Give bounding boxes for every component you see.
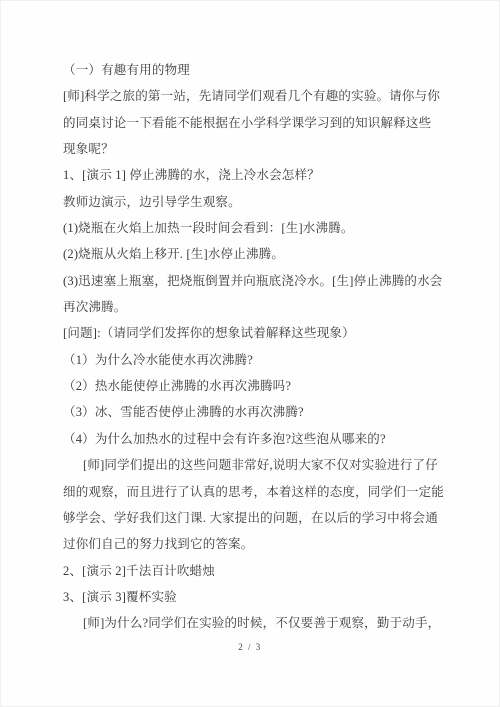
- text-line: 教师边演示，边引导学生观察。: [63, 189, 431, 215]
- page-number: 2 / 3: [1, 642, 499, 652]
- text-line: [问题]:（请同学们发挥你的想象试着解释这些现象）: [63, 320, 431, 346]
- text-line: [师]科学之旅的第一站，先请同学们观看几个有趣的实验。请你与你: [63, 83, 431, 109]
- text-line: 现象呢？: [63, 136, 431, 162]
- text-line: （一）有趣有用的物理: [63, 57, 431, 83]
- text-line: 够学会、学好我们这门课. 大家提出的问题，在以后的学习中将会通: [63, 505, 431, 531]
- text-line: 过你们自己的努力找到它的答案。: [63, 531, 431, 557]
- text-line: 2、[演示 2]千法百计吹蜡烛: [63, 558, 431, 584]
- text-line: 细的观察，而且进行了认真的思考，本着这样的态度，同学们一定能: [63, 479, 431, 505]
- text-line: (3)迅速塞上瓶塞，把烧瓶倒置并向瓶底浇冷水。[生]停止沸腾的水会: [63, 268, 431, 294]
- text-line: [师]同学们提出的这些问题非常好,说明大家不仅对实验进行了仔: [63, 452, 431, 478]
- text-line: (1)烧瓶在火焰上加热一段时间会看到：[生]水沸腾。: [63, 215, 431, 241]
- text-line: [师]为什么?同学们在实验的时候，不仅要善于观察，勤于动手，: [63, 610, 431, 636]
- text-line: 1、[演示 1] 停止沸腾的水，浇上冷水会怎样？: [63, 162, 431, 188]
- text-line: 3、[演示 3]覆杯实验: [63, 584, 431, 610]
- text-line: （1）为什么冷水能使水再次沸腾?: [63, 347, 431, 373]
- text-line: （4）为什么加热水的过程中会有许多泡?这些泡从哪来的?: [63, 426, 431, 452]
- text-line: 的同桌讨论一下看能不能根据在小学科学课学习到的知识解释这些: [63, 110, 431, 136]
- text-line: (2)烧瓶从火焰上移开. [生]水停止沸腾。: [63, 241, 431, 267]
- text-line: （2）热水能使停止沸腾的水再次沸腾吗?: [63, 373, 431, 399]
- text-line: （3）冰、雪能否使停止沸腾的水再次沸腾?: [63, 399, 431, 425]
- document-page: （一）有趣有用的物理[师]科学之旅的第一站，先请同学们观看几个有趣的实验。请你与…: [0, 0, 500, 707]
- document-body: （一）有趣有用的物理[师]科学之旅的第一站，先请同学们观看几个有趣的实验。请你与…: [63, 57, 431, 637]
- text-line: 再次沸腾。: [63, 294, 431, 320]
